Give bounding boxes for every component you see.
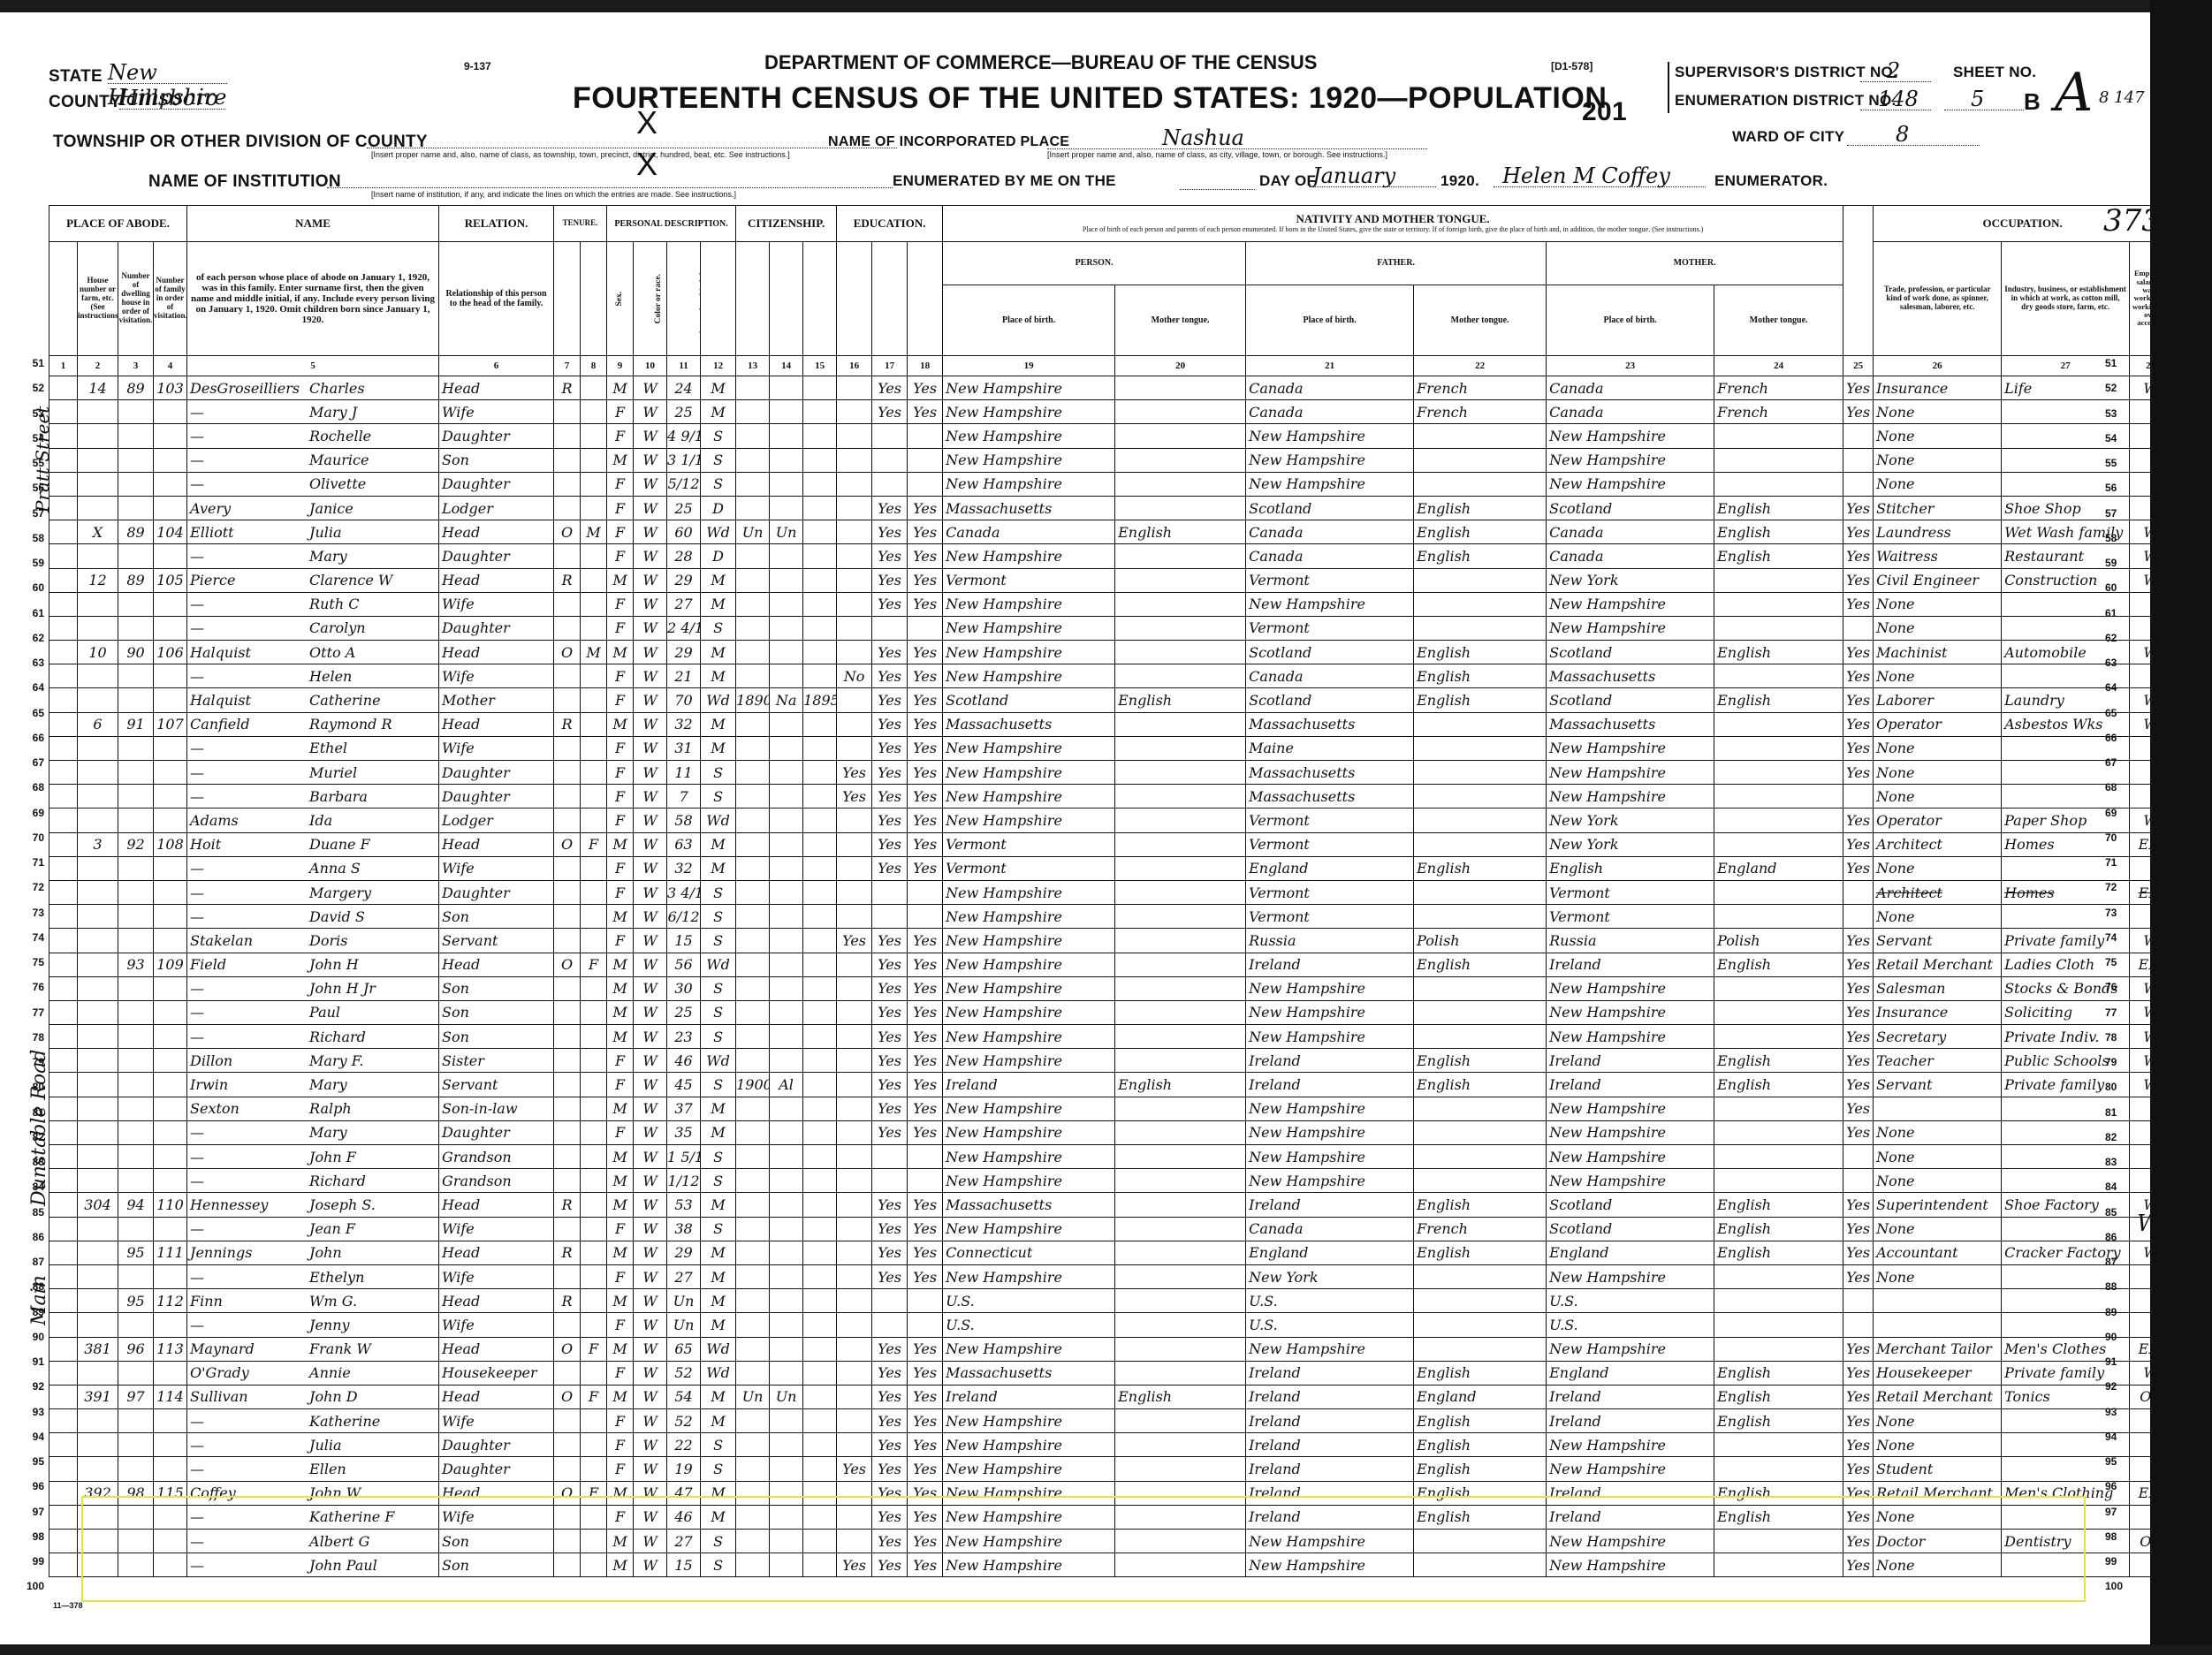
cell-st [49, 520, 78, 544]
cell-mort: F [581, 1385, 607, 1408]
cell-st [49, 1217, 78, 1241]
cell-eng: Yes [1843, 664, 1874, 688]
cell-read [872, 472, 908, 496]
cell-mtongue [1714, 1553, 1843, 1577]
cell-fpob: Canada [1246, 400, 1414, 424]
institution-note: [Insert name of institution, if any, and… [371, 190, 736, 199]
given-name: Catherine [309, 692, 381, 709]
cell-farm [2172, 1505, 2208, 1529]
cell-age: 1/12 [667, 1169, 701, 1193]
cell-sch [837, 448, 872, 472]
surname: — [190, 1149, 309, 1165]
line-number-left: 64 [14, 681, 44, 694]
cell-fam [154, 424, 187, 448]
cell-occ: None [1874, 400, 2002, 424]
cell-eng: Yes [1843, 1385, 1874, 1408]
cell-fpob: Ireland [1246, 1457, 1414, 1481]
cell-eng [1843, 785, 1874, 809]
cell-ftongue: French [1414, 1217, 1547, 1241]
cell-eng: Yes [1843, 544, 1874, 568]
cell-fpob: Ireland [1246, 1361, 1414, 1385]
surname: — [190, 1461, 309, 1477]
line-number-right: 88 [2105, 1280, 2135, 1293]
col-15-header: If naturalized, year of naturalization. [803, 242, 837, 356]
surname: — [190, 1269, 309, 1286]
cell-house [78, 616, 118, 640]
cell-st [49, 1193, 78, 1217]
cell-natyr [803, 1097, 837, 1120]
line-number-right: 94 [2105, 1431, 2135, 1443]
cell-farm: 368 [2172, 1193, 2208, 1217]
institution-field [327, 168, 893, 188]
person-name-cell: —Albert G [187, 1530, 439, 1553]
cell-ftongue: English [1414, 1241, 1547, 1264]
cell-ms: M [701, 568, 736, 592]
surname: — [190, 619, 309, 636]
cell-house: X [78, 520, 118, 544]
cell-dw [118, 905, 154, 929]
person-name-cell: PierceClarence W [187, 568, 439, 592]
cell-fam: 114 [154, 1385, 187, 1408]
person-name-cell: —Rochelle [187, 424, 439, 448]
cell-ftongue [1414, 1120, 1547, 1144]
cell-imm [736, 929, 770, 953]
group-occupation: OCCUPATION. [1874, 206, 2172, 242]
cell-house [78, 761, 118, 785]
cell-fam [154, 761, 187, 785]
given-name: Katherine [309, 1413, 380, 1430]
cell-own [554, 785, 581, 809]
cell-sex: M [607, 905, 634, 929]
cell-dw [118, 1169, 154, 1193]
cell-sex: M [607, 953, 634, 976]
cell-own [554, 1530, 581, 1553]
line-number-left: 100 [14, 1580, 44, 1592]
cell-mtongue [1714, 736, 1843, 760]
given-name: Mary F. [309, 1052, 363, 1069]
cell-nat: Na [770, 688, 803, 712]
cell-write: Yes [908, 1385, 943, 1408]
cell-imm [736, 880, 770, 904]
cell-dw [118, 592, 154, 616]
person-name-cell: —John F [187, 1145, 439, 1169]
cell-mpob: English [1547, 856, 1714, 880]
cell-eng: Yes [1843, 832, 1874, 856]
col-number-22: 22 [1414, 356, 1547, 376]
cell-race: W [634, 1145, 667, 1169]
cell-race: W [634, 616, 667, 640]
cell-age: 31 [667, 736, 701, 760]
cell-tongue [1115, 472, 1246, 496]
incorporated-place-field: Nashua [1047, 125, 1427, 149]
cell-pob: New Hampshire [943, 1433, 1115, 1457]
census-table: PLACE OF ABODE. NAME RELATION. TENURE. P… [49, 205, 2208, 1577]
cell-nat [770, 641, 803, 664]
cell-age: 25 [667, 1000, 701, 1024]
cell-pob: Canada [943, 520, 1115, 544]
cell-st [49, 376, 78, 400]
cell-age: 46 [667, 1505, 701, 1529]
cell-mpob: England [1547, 1361, 1714, 1385]
table-row: StakelanDorisServantFW15SYesYesYesNew Ha… [49, 929, 2208, 953]
cell-sch [837, 1409, 872, 1433]
cell-sex: F [607, 1361, 634, 1385]
cell-fam [154, 1361, 187, 1385]
cell-sch [837, 424, 872, 448]
cell-ms: S [701, 1433, 736, 1457]
col-number-12: 12 [701, 356, 736, 376]
cell-dw [118, 929, 154, 953]
col-number-9: 9 [607, 356, 634, 376]
table-row: —Katherine FWifeFW46MYesYesNew Hampshire… [49, 1505, 2208, 1529]
cell-farm [2172, 1120, 2208, 1144]
cell-race: W [634, 1097, 667, 1120]
cell-ftongue [1414, 472, 1547, 496]
line-number-right: 74 [2105, 931, 2135, 944]
cell-rel: Head [439, 1385, 554, 1408]
col-29-header: Number of farm schedule. [2172, 206, 2208, 356]
cell-cls: W [2130, 976, 2172, 1000]
surname: — [190, 548, 309, 565]
cell-age: 60 [667, 520, 701, 544]
cell-write: Yes [908, 688, 943, 712]
cell-age: 37 [667, 1097, 701, 1120]
cell-fpob: Vermont [1246, 616, 1414, 640]
cell-tongue [1115, 376, 1246, 400]
cell-rel: Daughter [439, 761, 554, 785]
col-22-header: Mother tongue. [1414, 285, 1547, 355]
cell-farm: 994 [2172, 1025, 2208, 1049]
cell-write: Yes [908, 1481, 943, 1505]
cell-natyr: 1895 [803, 688, 837, 712]
cell-mort: M [581, 520, 607, 544]
table-row: —Anna SWifeFW32MYesYesVermontEnglandEngl… [49, 856, 2208, 880]
cell-ms: Wd [701, 1049, 736, 1073]
cell-dw: 95 [118, 1289, 154, 1313]
cell-occ: Operator [1874, 809, 2002, 832]
surname: — [190, 668, 309, 685]
cell-dw [118, 856, 154, 880]
cell-pob: New Hampshire [943, 1097, 1115, 1120]
cell-rel: Head [439, 832, 554, 856]
cell-own: O [554, 1481, 581, 1505]
cell-farm: 576 [2172, 712, 2208, 736]
cell-dw: 93 [118, 953, 154, 976]
cell-read: Yes [872, 1120, 908, 1144]
cell-ms: S [701, 905, 736, 929]
person-name-cell: —Mary [187, 544, 439, 568]
table-row: —Mary JWifeFW25MYesYesNew HampshireCanad… [49, 400, 2208, 424]
cell-house [78, 1145, 118, 1169]
cell-dw [118, 1433, 154, 1457]
column-number-row: 1234567891011121314151617181920212223242… [49, 356, 2208, 376]
cell-cls [2130, 1505, 2172, 1529]
cell-mort [581, 1361, 607, 1385]
line-number-left: 92 [14, 1380, 44, 1393]
cell-occ: None [1874, 472, 2002, 496]
cell-age: 5/12 [667, 472, 701, 496]
cell-sex: M [607, 712, 634, 736]
cell-cls: EM [2130, 953, 2172, 976]
cell-dw: 89 [118, 520, 154, 544]
cell-mpob: Massachusetts [1547, 712, 1714, 736]
cell-dw [118, 1409, 154, 1433]
cell-race: W [634, 1505, 667, 1529]
cell-farm [2172, 761, 2208, 785]
cell-mort: F [581, 832, 607, 856]
col-13-header: Year of immigration to the United States… [736, 242, 770, 356]
cell-write: Yes [908, 664, 943, 688]
cell-race: W [634, 761, 667, 785]
cell-mort [581, 736, 607, 760]
cell-cls [2130, 856, 2172, 880]
person-name-cell: —Ethelyn [187, 1264, 439, 1288]
enumerated-label: ENUMERATED BY ME ON THE [893, 172, 1116, 190]
cell-occ: Architect [1874, 832, 2002, 856]
table-row: —RichardSonMW23SYesYesNew HampshireNew H… [49, 1025, 2208, 1049]
line-number-right: 79 [2105, 1056, 2135, 1068]
cell-mort [581, 424, 607, 448]
cell-mort [581, 1217, 607, 1241]
cell-eng: Yes [1843, 1264, 1874, 1288]
cell-sex: F [607, 424, 634, 448]
cell-sex: M [607, 1481, 634, 1505]
cell-nat [770, 809, 803, 832]
cell-farm [2172, 1553, 2208, 1577]
cell-eng: Yes [1843, 568, 1874, 592]
cell-fam [154, 929, 187, 953]
table-row: 392108HoitDuane FHeadOFMW63MYesYesVermon… [49, 832, 2208, 856]
cell-rel: Son [439, 1530, 554, 1553]
cell-eng: Yes [1843, 1097, 1874, 1120]
cell-ms: M [701, 832, 736, 856]
cell-natyr [803, 448, 837, 472]
cell-sex: M [607, 448, 634, 472]
cell-ms: S [701, 1169, 736, 1193]
cell-st [49, 641, 78, 664]
cell-read: Yes [872, 520, 908, 544]
cell-mtongue: English [1714, 1217, 1843, 1241]
cell-mort [581, 1073, 607, 1097]
cell-cls: W [2130, 520, 2172, 544]
line-number-right: 81 [2105, 1106, 2135, 1119]
cell-imm [736, 496, 770, 520]
cell-eng [1843, 1313, 1874, 1337]
table-row: —EllenDaughterFW19SYesYesYesNew Hampshir… [49, 1457, 2208, 1481]
enumeration-district-field: 148 [1860, 87, 1931, 110]
cell-write: Yes [908, 1073, 943, 1097]
cell-ftongue [1414, 448, 1547, 472]
cell-dw [118, 785, 154, 809]
cell-sch [837, 1481, 872, 1505]
cell-cls [2130, 1289, 2172, 1313]
given-name: Olivette [309, 475, 366, 492]
cell-race: W [634, 1241, 667, 1264]
year-value: 1920. [1440, 172, 1479, 190]
cell-imm [736, 809, 770, 832]
given-name: Clarence W [309, 572, 392, 588]
cell-farm: 960 [2172, 929, 2208, 953]
cell-mpob: New Hampshire [1547, 1169, 1714, 1193]
surname: — [190, 860, 309, 877]
table-row: 95111JenningsJohnHeadRMW29MYesYesConnect… [49, 1241, 2208, 1264]
cell-mpob: New Hampshire [1547, 448, 1714, 472]
cell-tongue [1115, 1433, 1246, 1457]
cell-mpob: Ireland [1547, 1505, 1714, 1529]
cell-natyr [803, 1289, 837, 1313]
cell-write [908, 424, 943, 448]
cell-own [554, 544, 581, 568]
cell-eng: Yes [1843, 1505, 1874, 1529]
cell-mpob: Ireland [1547, 953, 1714, 976]
cell-sex: F [607, 1120, 634, 1144]
cell-fpob: Canada [1246, 1217, 1414, 1241]
cell-ms: D [701, 544, 736, 568]
cell-sch: Yes [837, 761, 872, 785]
ref-right-mark: 8 147 [2099, 88, 2145, 107]
cell-read [872, 448, 908, 472]
cell-rel: Wife [439, 400, 554, 424]
surname: — [190, 428, 309, 444]
cell-pob: New Hampshire [943, 1120, 1115, 1144]
cell-mtongue [1714, 1289, 1843, 1313]
surname: Stakelan [190, 932, 309, 949]
col-19-header: Place of birth. [943, 285, 1115, 355]
cell-st [49, 785, 78, 809]
cell-pob: Massachusetts [943, 1193, 1115, 1217]
person-name-cell: ElliottJulia [187, 520, 439, 544]
cell-imm [736, 1097, 770, 1120]
cell-tongue [1115, 1505, 1246, 1529]
cell-house [78, 1433, 118, 1457]
cell-own [554, 1145, 581, 1169]
cell-farm [2172, 1145, 2208, 1169]
surname: — [190, 1437, 309, 1454]
cell-rel: Grandson [439, 1145, 554, 1169]
cell-sch [837, 1049, 872, 1073]
cell-own [554, 1000, 581, 1024]
cell-pob: U.S. [943, 1289, 1115, 1313]
cell-sch: Yes [837, 1553, 872, 1577]
cell-tongue [1115, 616, 1246, 640]
cell-write: Yes [908, 1241, 943, 1264]
cell-imm [736, 1169, 770, 1193]
cell-ftongue: English [1414, 1433, 1547, 1457]
table-row: —BarbaraDaughterFW7SYesYesYesNew Hampshi… [49, 785, 2208, 809]
cell-age: 24 [667, 376, 701, 400]
cell-own [554, 1097, 581, 1120]
cell-race: W [634, 832, 667, 856]
cell-age: 25 [667, 496, 701, 520]
cell-age: 27 [667, 1530, 701, 1553]
cell-nat [770, 496, 803, 520]
cell-fpob: Vermont [1246, 568, 1414, 592]
cell-cls: W [2130, 712, 2172, 736]
cell-age: 3 4/12 [667, 880, 701, 904]
cell-fam [154, 1073, 187, 1097]
cell-sch [837, 1193, 872, 1217]
cell-ftongue: English [1414, 664, 1547, 688]
cell-st [49, 472, 78, 496]
cell-race: W [634, 544, 667, 568]
cell-age: 38 [667, 1217, 701, 1241]
line-number-left: 86 [14, 1231, 44, 1243]
cell-fpob: Ireland [1246, 953, 1414, 976]
cell-natyr [803, 905, 837, 929]
cell-sch [837, 976, 872, 1000]
line-number-left: 75 [14, 956, 44, 968]
line-number-left: 68 [14, 781, 44, 793]
cell-tongue [1115, 1169, 1246, 1193]
cell-house: 14 [78, 376, 118, 400]
cell-race: W [634, 1000, 667, 1024]
cell-pob: New Hampshire [943, 761, 1115, 785]
col-number-13: 13 [736, 356, 770, 376]
cell-own [554, 929, 581, 953]
cell-pob: New Hampshire [943, 400, 1115, 424]
cell-mtongue [1714, 1025, 1843, 1049]
cell-fpob: Ireland [1246, 1049, 1414, 1073]
person-name-cell: CoffeyJohn W [187, 1481, 439, 1505]
cell-occ: Laundress [1874, 520, 2002, 544]
cell-farm: 516 [2172, 496, 2208, 520]
cell-mpob: Scotland [1547, 1193, 1714, 1217]
surname: — [190, 1508, 309, 1525]
given-name: Jean F [309, 1220, 355, 1237]
cell-mort [581, 1097, 607, 1120]
cell-race: W [634, 856, 667, 880]
cell-read: Yes [872, 1409, 908, 1433]
cell-mort: F [581, 1337, 607, 1361]
surname: Maynard [190, 1340, 309, 1357]
cell-house: 392 [78, 1481, 118, 1505]
given-name: Mary [309, 548, 347, 565]
cell-mort [581, 1264, 607, 1288]
cell-fam [154, 1169, 187, 1193]
cell-mpob: Russia [1547, 929, 1714, 953]
cell-mtongue [1714, 448, 1843, 472]
cell-sch [837, 520, 872, 544]
cell-occ: Retail Merchant [1874, 953, 2002, 976]
surname: Sullivan [190, 1388, 309, 1405]
cell-fam: 109 [154, 953, 187, 976]
cell-eng [1843, 1145, 1874, 1169]
col-25-header: Whether able to speak English. [1843, 206, 1874, 356]
cell-ftongue: English [1414, 688, 1547, 712]
cell-cls [2130, 1145, 2172, 1169]
cell-mort [581, 1049, 607, 1073]
cell-st [49, 929, 78, 953]
cell-dw [118, 1097, 154, 1120]
line-number-left: 76 [14, 981, 44, 993]
footer-form-ref: 11—378 [53, 1601, 83, 1610]
cell-fpob: New Hampshire [1246, 976, 1414, 1000]
col-number-17: 17 [872, 356, 908, 376]
cell-ms: M [701, 736, 736, 760]
cell-sch [837, 1169, 872, 1193]
surname: — [190, 475, 309, 492]
cell-st [49, 1553, 78, 1577]
cell-mpob: New Hampshire [1547, 761, 1714, 785]
cell-mort [581, 809, 607, 832]
given-name: Richard [309, 1029, 366, 1045]
cell-nat [770, 905, 803, 929]
cell-write [908, 1145, 943, 1169]
cell-mort [581, 1241, 607, 1264]
person-name-cell: —Richard [187, 1025, 439, 1049]
cell-write [908, 905, 943, 929]
cell-mtongue: French [1714, 400, 1843, 424]
